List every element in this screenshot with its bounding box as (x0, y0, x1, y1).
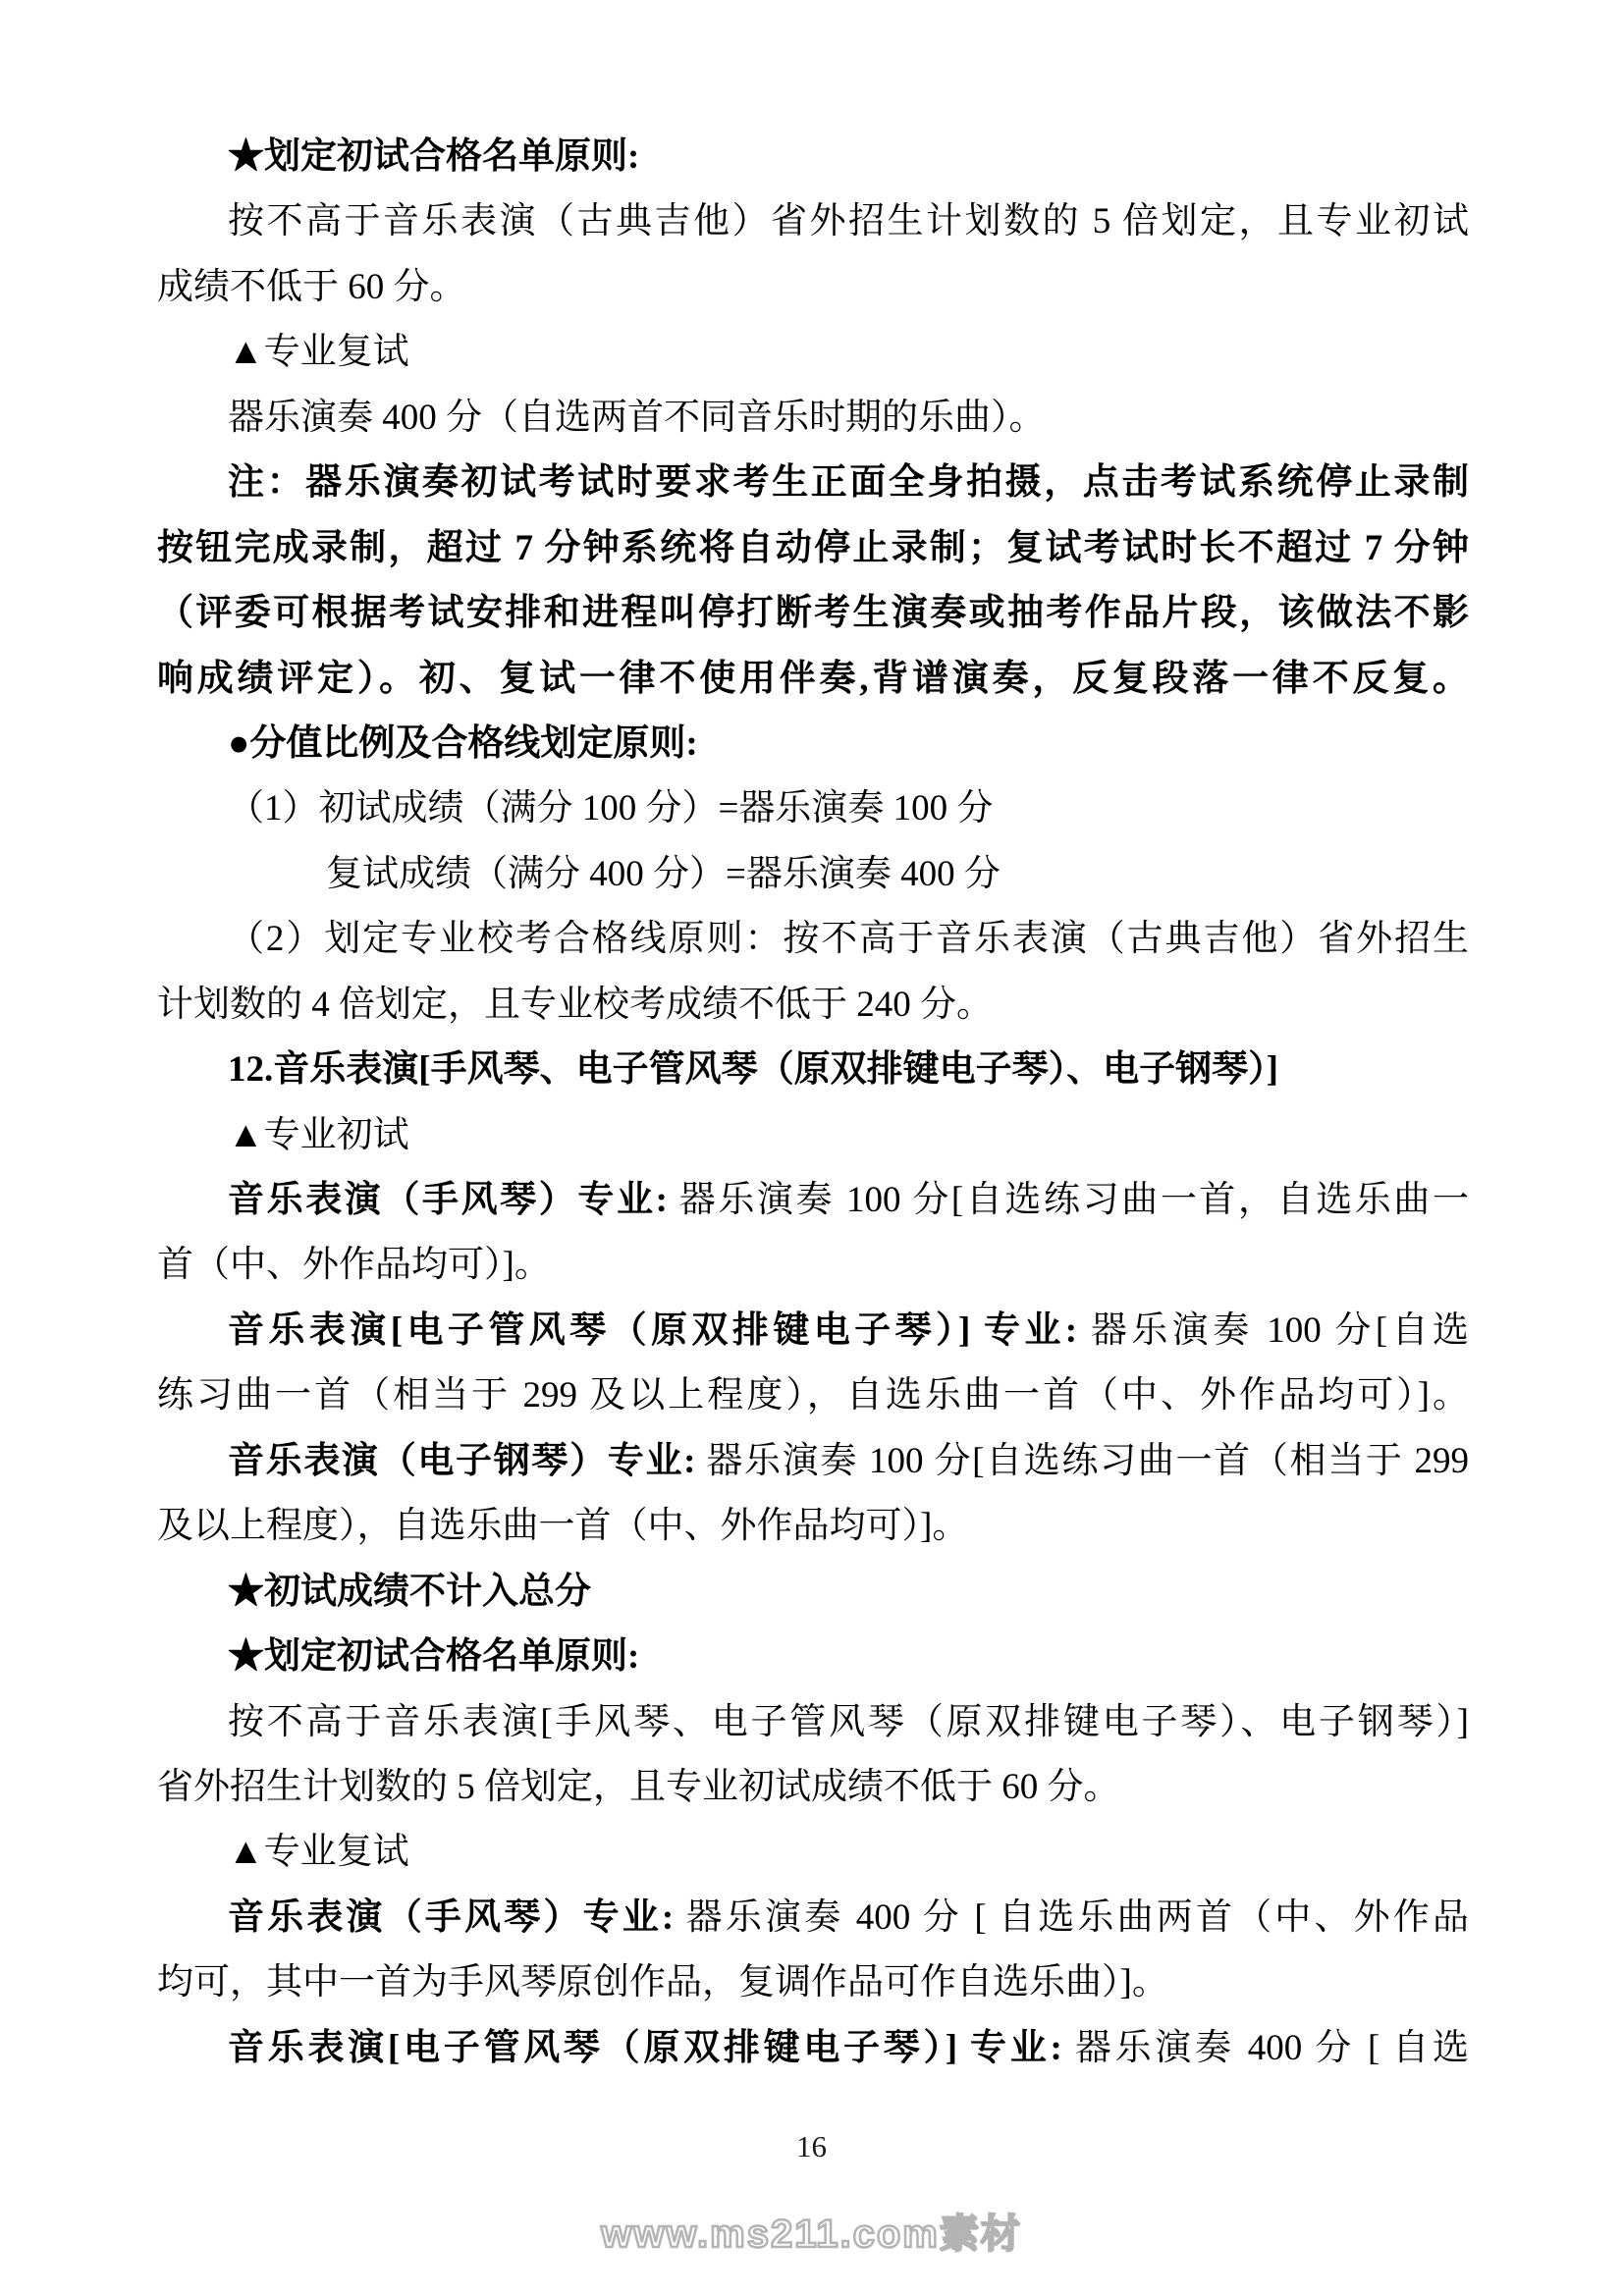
bold-text-segment: ★划定初试合格名单原则: (228, 136, 639, 177)
text-line: 12.音乐表演[手风琴、电子管风琴（原双排键电子琴）、电子钢琴）] (157, 1038, 1469, 1102)
text-line: （2）划定专业校考合格线原则：按不高于音乐表演（古典吉他）省外招生 (157, 907, 1469, 972)
text-line: 音乐表演[电子管风琴（原双排键电子琴）] 专业: 器乐演奏 400 分 [ 自选 (157, 2016, 1469, 2081)
bold-text-segment: 响成绩评定）。初、复试一律不使用伴奏,背谱演奏，反复段落一律不反复。 (157, 659, 1469, 699)
body-text-segment: ▲专业初试 (228, 1115, 409, 1155)
text-line: ★划定初试合格名单原则: (157, 125, 1469, 189)
text-line: 器乐演奏 400 分（自选两首不同音乐时期的乐曲）。 (157, 386, 1469, 451)
body-text-segment: 器乐演奏 400 分（自选两首不同音乐时期的乐曲）。 (228, 398, 1046, 438)
text-line: ▲专业复试 (157, 320, 1469, 385)
body-text-segment: 器乐演奏 100 分[自选 (1077, 1310, 1469, 1351)
text-line: ●分值比例及合格线划定原则: (157, 712, 1469, 776)
bold-text-segment: 音乐表演（手风琴）专业: (228, 1897, 674, 1938)
body-text-segment: 计划数的 4 倍划定，且专业校考成绩不低于 240 分。 (157, 985, 993, 1025)
text-line: 及以上程度），自选乐曲一首（中、外作品均可）]。 (157, 1494, 1469, 1559)
bold-text-segment: ★划定初试合格名单原则: (228, 1636, 639, 1677)
text-line: （1）初试成绩（满分 100 分）=器乐演奏 100 分 (157, 776, 1469, 841)
text-line: 音乐表演（手风琴）专业: 器乐演奏 100 分[自选练习曲一首，自选乐曲一 (157, 1168, 1469, 1233)
body-text-segment: 器乐演奏 100 分[自选练习曲一首，自选乐曲一 (668, 1180, 1469, 1220)
text-line: 音乐表演[电子管风琴（原双排键电子琴）] 专业: 器乐演奏 100 分[自选 (157, 1299, 1469, 1363)
text-line: 音乐表演（电子钢琴）专业: 器乐演奏 100 分[自选练习曲一首（相当于 299 (157, 1429, 1469, 1494)
text-line: 省外招生计划数的 5 倍划定，且专业初试成绩不低于 60 分。 (157, 1755, 1469, 1820)
text-line: ★划定初试合格名单原则: (157, 1625, 1469, 1689)
body-text-segment: 按不高于音乐表演[手风琴、电子管风琴（原双排键电子琴）、电子钢琴）] (228, 1702, 1469, 1742)
body-text-segment: ▲专业复试 (228, 332, 409, 372)
bold-text-segment: 12.音乐表演[手风琴、电子管风琴（原双排键电子琴）、电子钢琴）] (228, 1049, 1278, 1090)
bold-text-segment: 音乐表演（电子钢琴）专业: (228, 1441, 695, 1481)
text-line: ★初试成绩不计入总分 (157, 1560, 1469, 1625)
text-line: 响成绩评定）。初、复试一律不使用伴奏,背谱演奏，反复段落一律不反复。 (157, 647, 1469, 712)
body-text-segment: 按不高于音乐表演（古典吉他）省外招生计划数的 5 倍划定，且专业初试 (228, 201, 1469, 241)
text-line: ▲专业初试 (157, 1103, 1469, 1168)
document-body: ★划定初试合格名单原则:按不高于音乐表演（古典吉他）省外招生计划数的 5 倍划定… (157, 125, 1469, 2081)
bold-text-segment: ●分值比例及合格线划定原则: (228, 723, 698, 764)
body-text-segment: 及以上程度），自选乐曲一首（中、外作品均可）]。 (157, 1506, 968, 1546)
text-line: 按钮完成录制，超过 7 分钟系统将自动停止录制；复试考试时长不超过 7 分钟 (157, 516, 1469, 581)
text-line: 按不高于音乐表演（古典吉他）省外招生计划数的 5 倍划定，且专业初试 (157, 189, 1469, 254)
text-line: 复试成绩（满分 400 分）=器乐演奏 400 分 (157, 842, 1469, 907)
bold-text-segment: ★初试成绩不计入总分 (228, 1572, 591, 1612)
text-line: 练习曲一首（相当于 299 及以上程度），自选乐曲一首（中、外作品均可）]。 (157, 1363, 1469, 1428)
body-text-segment: 均可，其中一首为手风琴原创作品，复调作品可作自选乐曲）]。 (157, 1962, 1168, 2002)
body-text-segment: 器乐演奏 400 分 [ 自选乐曲两首（中、外作品 (674, 1897, 1469, 1938)
text-line: 成绩不低于 60 分。 (157, 255, 1469, 320)
body-text-segment: 复试成绩（满分 400 分）=器乐演奏 400 分 (326, 854, 1001, 894)
body-text-segment: 首（中、外作品均可）]。 (157, 1245, 551, 1285)
bold-text-segment: 注：器乐演奏初试考试时要求考生正面全身拍摄，点击考试系统停止录制 (228, 462, 1469, 503)
document-page: ★划定初试合格名单原则:按不高于音乐表演（古典吉他）省外招生计划数的 5 倍划定… (0, 0, 1623, 2296)
body-text-segment: （1）初试成绩（满分 100 分）=器乐演奏 100 分 (228, 788, 993, 828)
body-text-segment: 练习曲一首（相当于 299 及以上程度），自选乐曲一首（中、外作品均可）]。 (157, 1375, 1469, 1415)
bold-text-segment: 按钮完成录制，超过 7 分钟系统将自动停止录制；复试考试时长不超过 7 分钟 (157, 528, 1469, 568)
site-watermark: www.ms211.com素材 (601, 2213, 1022, 2256)
text-line: 首（中、外作品均可）]。 (157, 1233, 1469, 1298)
body-text-segment: （2）划定专业校考合格线原则：按不高于音乐表演（古典吉他）省外招生 (228, 919, 1469, 959)
bold-text-segment: 音乐表演[电子管风琴（原双排键电子琴）] 专业: (228, 2028, 1062, 2068)
text-line: 计划数的 4 倍划定，且专业校考成绩不低于 240 分。 (157, 973, 1469, 1038)
text-line: （评委可根据考试安排和进程叫停打断考生演奏或抽考作品片段，该做法不影 (157, 581, 1469, 646)
body-text-segment: 器乐演奏 400 分 [ 自选 (1062, 2028, 1469, 2068)
body-text-segment: ▲专业复试 (228, 1832, 409, 1872)
text-line: 按不高于音乐表演[手风琴、电子管风琴（原双排键电子琴）、电子钢琴）] (157, 1690, 1469, 1755)
body-text-segment: 器乐演奏 100 分[自选练习曲一首（相当于 299 (695, 1441, 1469, 1481)
body-text-segment: 成绩不低于 60 分。 (157, 267, 466, 307)
text-line: 均可，其中一首为手风琴原创作品，复调作品可作自选乐曲）]。 (157, 1950, 1469, 2015)
body-text-segment: 省外招生计划数的 5 倍划定，且专业初试成绩不低于 60 分。 (157, 1767, 1120, 1807)
text-line: 注：器乐演奏初试考试时要求考生正面全身拍摄，点击考试系统停止录制 (157, 451, 1469, 515)
bold-text-segment: 音乐表演[电子管风琴（原双排键电子琴）] 专业: (228, 1310, 1077, 1351)
page-number: 16 (0, 2128, 1623, 2165)
bold-text-segment: 音乐表演（手风琴）专业: (228, 1180, 668, 1220)
text-line: ▲专业复试 (157, 1820, 1469, 1885)
text-line: 音乐表演（手风琴）专业: 器乐演奏 400 分 [ 自选乐曲两首（中、外作品 (157, 1886, 1469, 1950)
bold-text-segment: （评委可根据考试安排和进程叫停打断考生演奏或抽考作品片段，该做法不影 (157, 593, 1469, 633)
